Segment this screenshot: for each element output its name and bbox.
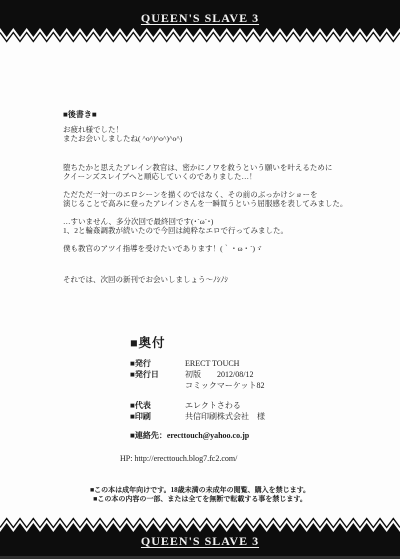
colophon-value: 共信印刷株式会社 様: [185, 411, 265, 422]
colophon-label: ■発行日: [130, 369, 185, 380]
afterword-line: クイーンズスレイブへと順応していくのでありました…！: [63, 172, 373, 181]
afterword-line: ただただ一対一のエロシーンを描くのではなく、その前のぶっかけショーを: [63, 190, 373, 199]
colophon-section: ■奥付 ■発行 ERECT TOUCH ■発行日 初版 2012/08/12 コ…: [130, 338, 370, 464]
afterword-paragraph: お疲れ様でした！ またお会いしましたね( ^o^)^o^)^o^): [63, 125, 373, 143]
afterword-line: …すいません、多分次回で最終回です(･`ω´･): [63, 217, 373, 226]
disclaimer-line: ■この本は成年向けです。18歳未満の未成年の閲覧、購入を禁じます。: [0, 486, 400, 495]
colophon-row-publish-date: ■発行日 初版 2012/08/12: [130, 369, 370, 380]
afterword-line: 1、2と輪姦調教が続いたので今回は純粋なエロで行ってみました。: [63, 226, 373, 235]
afterword-line: 堕ちたかと思えたアレイン教官は、密かにノワを救うという願いを叶えるために: [63, 163, 373, 172]
top-banner: QUEEN'S SLAVE 3: [0, 0, 400, 28]
colophon-label: ■代表: [130, 400, 185, 411]
colophon-value: 初版 2012/08/12: [185, 369, 253, 380]
afterword-line: 僕も教官のアツイ指導を受けたいであります！(｀・ω・´)ゞ: [63, 244, 373, 253]
colophon-row-representative: ■代表 エレクトさわる: [130, 400, 370, 411]
afterword-line: またお会いしましたね( ^o^)^o^)^o^): [63, 134, 373, 143]
zigzag-border-bottom: [0, 516, 400, 532]
afterword-paragraph: …すいません、多分次回で最終回です(･`ω´･) 1、2と輪姦調教が続いたので今…: [63, 217, 373, 235]
afterword-line: お疲れ様でした！: [63, 125, 373, 134]
afterword-paragraph: 僕も教官のアツイ指導を受けたいであります！(｀・ω・´)ゞ: [63, 244, 373, 253]
colophon-row-event: コミックマーケット82: [130, 380, 370, 391]
colophon-value: ERECT TOUCH: [185, 358, 239, 369]
afterword-paragraph: 堕ちたかと思えたアレイン教官は、密かにノワを救うという願いを叶えるために クイー…: [63, 163, 373, 181]
colophon-label: [130, 380, 185, 391]
zigzag-border-top: [0, 28, 400, 44]
afterword-section: ■後書き■ お疲れ様でした！ またお会いしましたね( ^o^)^o^)^o^) …: [63, 110, 373, 293]
afterword-header: ■後書き■: [63, 110, 373, 119]
colophon-value: エレクトさわる: [185, 400, 241, 411]
colophon-row-publisher: ■発行 ERECT TOUCH: [130, 358, 370, 369]
bottom-banner: QUEEN'S SLAVE 3: [0, 532, 400, 559]
colophon-label: ■発行: [130, 358, 185, 369]
disclaimer-section: ■この本は成年向けです。18歳未満の未成年の閲覧、購入を禁じます。 ■この本の内…: [0, 486, 400, 504]
homepage-url-line: HP: http://erecttouch.blog7.fc2.com/: [120, 453, 370, 464]
top-banner-title: QUEEN'S SLAVE 3: [141, 12, 259, 24]
contact-email-line: ■連絡先：erecttouch@yahoo.co.jp: [130, 430, 370, 441]
bottom-banner-title: QUEEN'S SLAVE 3: [141, 535, 259, 547]
doujin-colophon-page: QUEEN'S SLAVE 3 ■後書き■ お疲れ様でした！ またお会いしました…: [0, 0, 400, 559]
colophon-label: ■印刷: [130, 411, 185, 422]
colophon-value: コミックマーケット82: [185, 380, 264, 391]
afterword-paragraph: それでは、次回の新刊でお会いしましょう～ﾉｼﾉｼ: [63, 275, 373, 284]
afterword-paragraph: ただただ一対一のエロシーンを描くのではなく、その前のぶっかけショーを 演じること…: [63, 190, 373, 208]
colophon-header: ■奥付: [130, 338, 370, 349]
afterword-line: それでは、次回の新刊でお会いしましょう～ﾉｼﾉｼ: [63, 275, 373, 284]
afterword-line: 演じることで高みに登ったアレインさんを一瞬買うという屈服感を表してみました。: [63, 199, 373, 208]
colophon-row-printer: ■印刷 共信印刷株式会社 様: [130, 411, 370, 422]
disclaimer-line: ■この本の内容の一部、または全てを無断で転載する事を禁じます。: [0, 495, 400, 504]
